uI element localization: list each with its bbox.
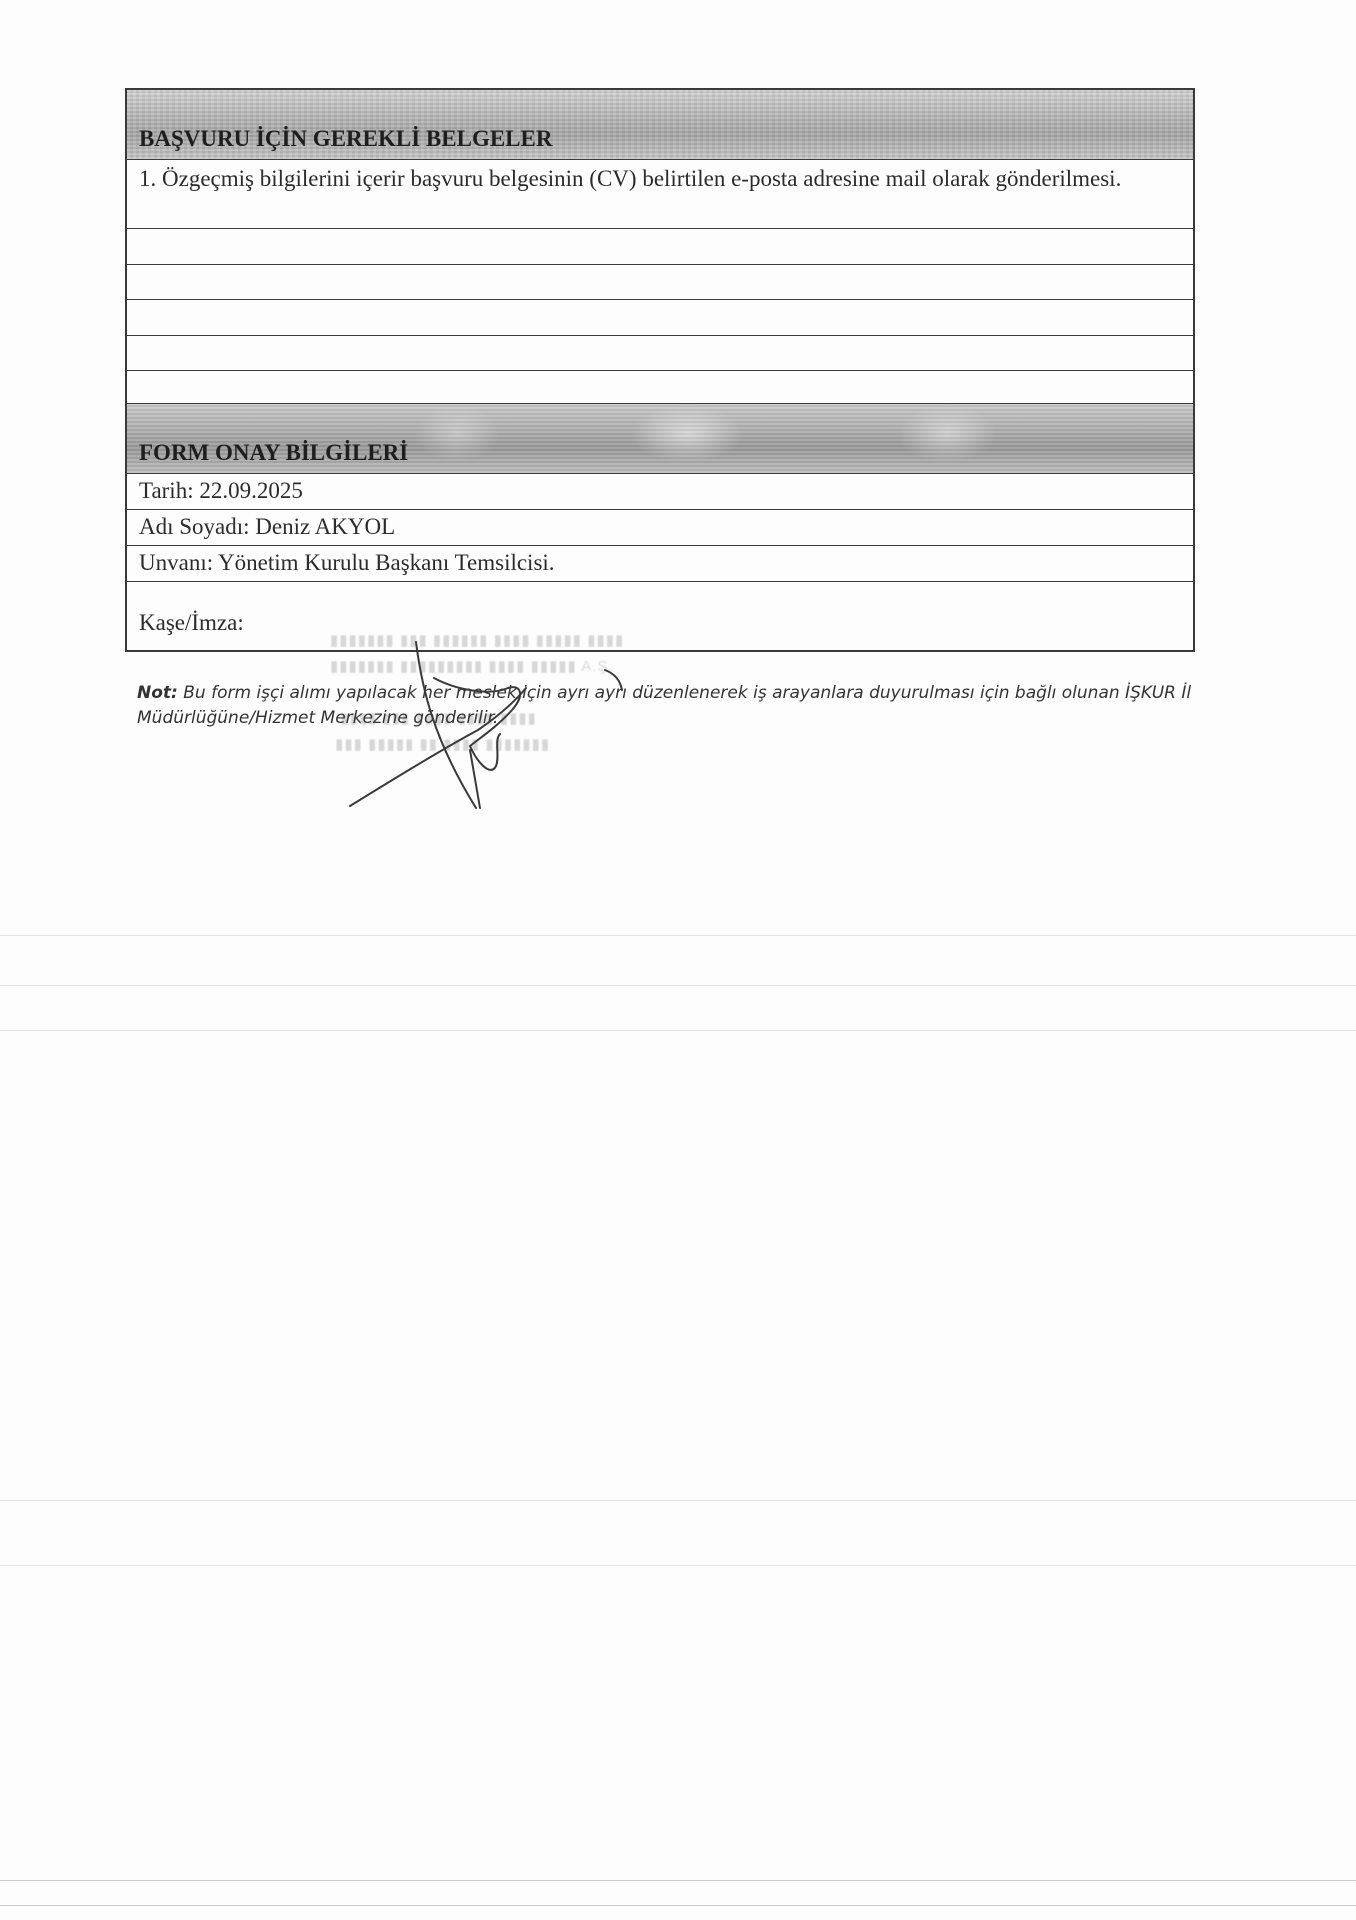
scan-noise [0, 1565, 1356, 1566]
document-item-row-empty [127, 336, 1193, 372]
scan-noise [0, 985, 1356, 986]
form-note: Not: Bu form işçi alımı yapılacak her me… [137, 681, 1237, 731]
section-title: FORM ONAY BİLGİLERİ [139, 440, 408, 466]
note-label: Not: [137, 683, 178, 703]
scan-noise [0, 1500, 1356, 1501]
document-item-text: 1. Özgeçmiş bilgilerini içerir başvuru b… [139, 166, 1121, 191]
field-row-title: Unvanı: Yönetim Kurulu Başkanı Temsilcis… [127, 546, 1193, 582]
document-item-row-empty [127, 265, 1193, 301]
scan-noise [0, 1905, 1356, 1906]
section-header-form-approval: FORM ONAY BİLGİLERİ [127, 404, 1193, 474]
document-item-row-empty [127, 229, 1193, 265]
scan-noise [0, 1880, 1356, 1881]
stamp-signature-label: Kaşe/İmza: [139, 608, 244, 638]
title-field: Unvanı: Yönetim Kurulu Başkanı Temsilcis… [139, 548, 555, 578]
scan-noise [0, 1030, 1356, 1031]
document-item-row-empty [127, 300, 1193, 336]
field-row-name: Adı Soyadı: Deniz AKYOL [127, 510, 1193, 546]
name-field: Adı Soyadı: Deniz AKYOL [139, 512, 395, 542]
field-row-date: Tarih: 22.09.2025 [127, 474, 1193, 510]
document-item-row: 1. Özgeçmiş bilgilerini içerir başvuru b… [127, 160, 1193, 229]
application-form-table: BAŞVURU İÇİN GEREKLİ BELGELER 1. Özgeçmi… [125, 88, 1195, 652]
document-item-row-empty [127, 371, 1193, 404]
date-field: Tarih: 22.09.2025 [139, 476, 303, 506]
note-text: Bu form işçi alımı yapılacak her meslek … [137, 683, 1191, 728]
section-header-required-documents: BAŞVURU İÇİN GEREKLİ BELGELER [127, 90, 1193, 160]
scan-noise [0, 935, 1356, 936]
section-title: BAŞVURU İÇİN GEREKLİ BELGELER [139, 126, 552, 152]
signature-icon [330, 630, 650, 820]
